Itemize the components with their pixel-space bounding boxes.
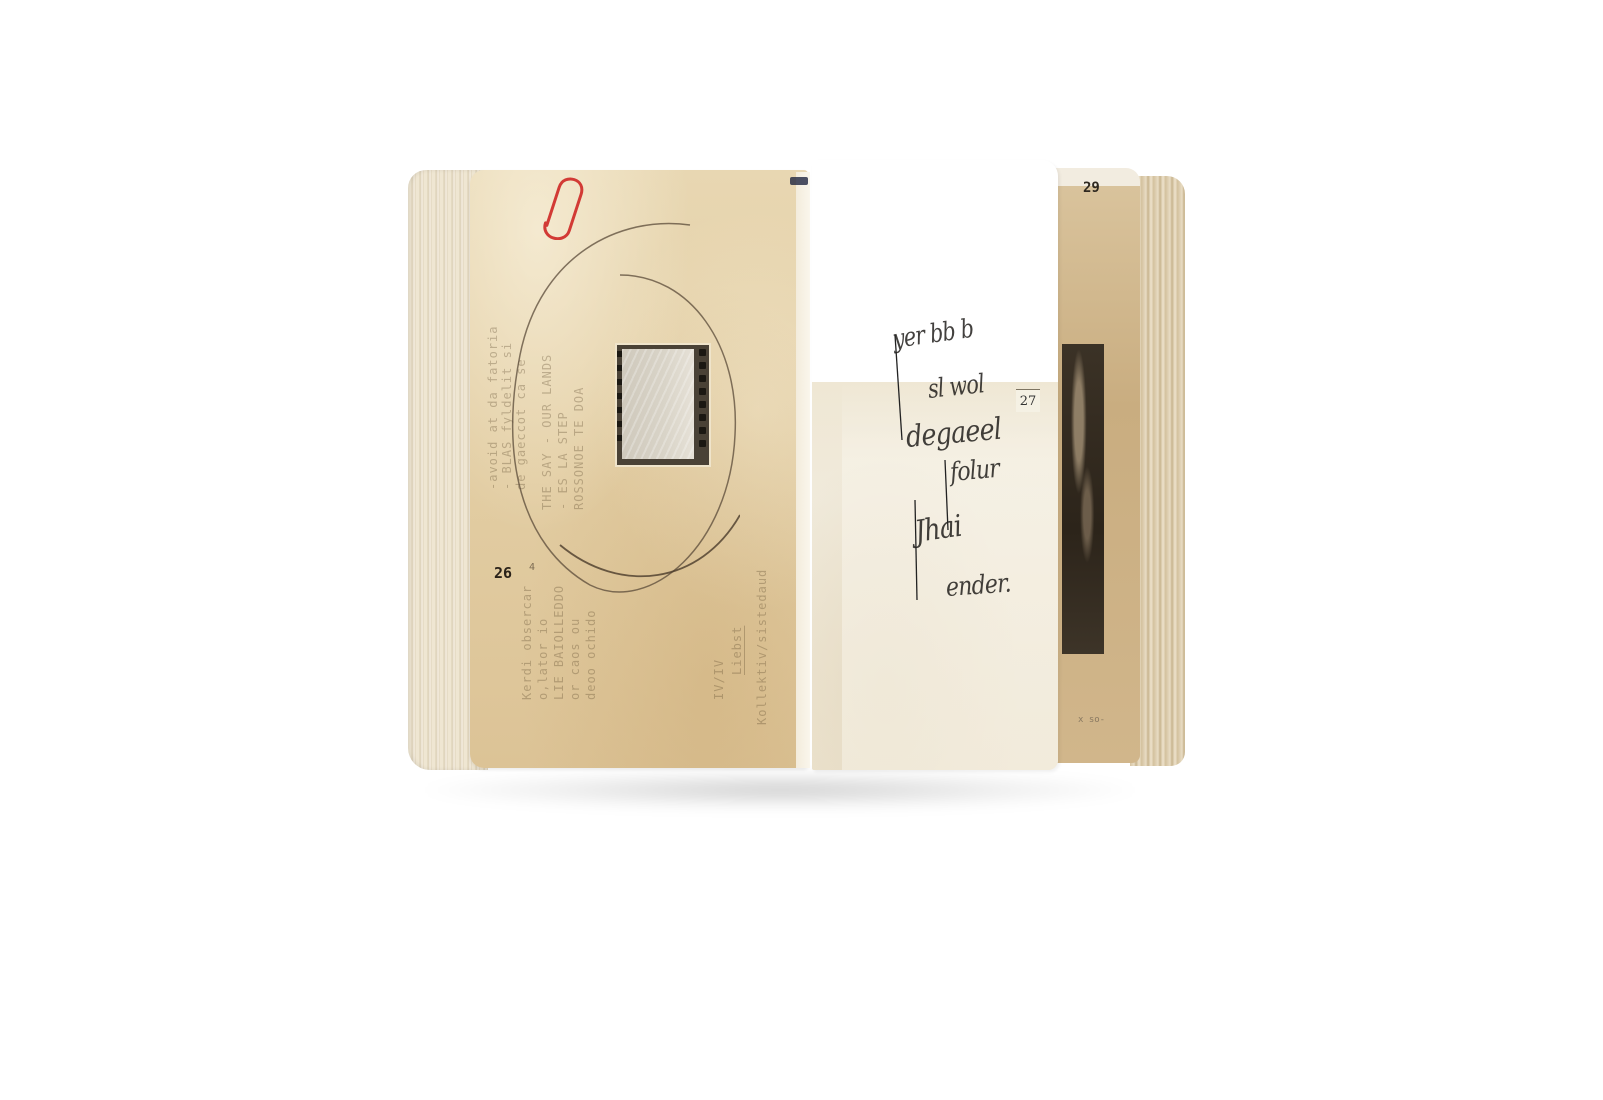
page-number-right: 29 bbox=[1083, 180, 1100, 196]
film-perforations bbox=[699, 349, 707, 459]
left-gutter bbox=[796, 172, 810, 768]
margin-note-underlined: Liebst bbox=[730, 615, 745, 675]
typed-line: -avoid at da fatoria bbox=[486, 190, 501, 490]
book-photograph: -avoid at da fatoria - BLAS fyldelit si … bbox=[0, 0, 1603, 1100]
page-number-left: 26 bbox=[494, 564, 512, 582]
book-shadow bbox=[420, 770, 1140, 810]
spine-thread bbox=[790, 177, 808, 185]
paperclip-icon bbox=[540, 160, 590, 240]
margin-note: Kollektiv/sistedaud bbox=[755, 565, 770, 725]
underlying-footer-text: x so- bbox=[1078, 715, 1105, 725]
page-number-left-sub: 4 bbox=[529, 562, 535, 573]
page-label: 27 bbox=[1016, 389, 1040, 412]
margin-note-small: IV/IV bbox=[712, 660, 727, 700]
handwriting-vertical-strokes bbox=[890, 300, 970, 620]
film-frame bbox=[622, 349, 694, 459]
film-negative-inset bbox=[615, 343, 711, 467]
underlying-photograph bbox=[1062, 344, 1104, 654]
